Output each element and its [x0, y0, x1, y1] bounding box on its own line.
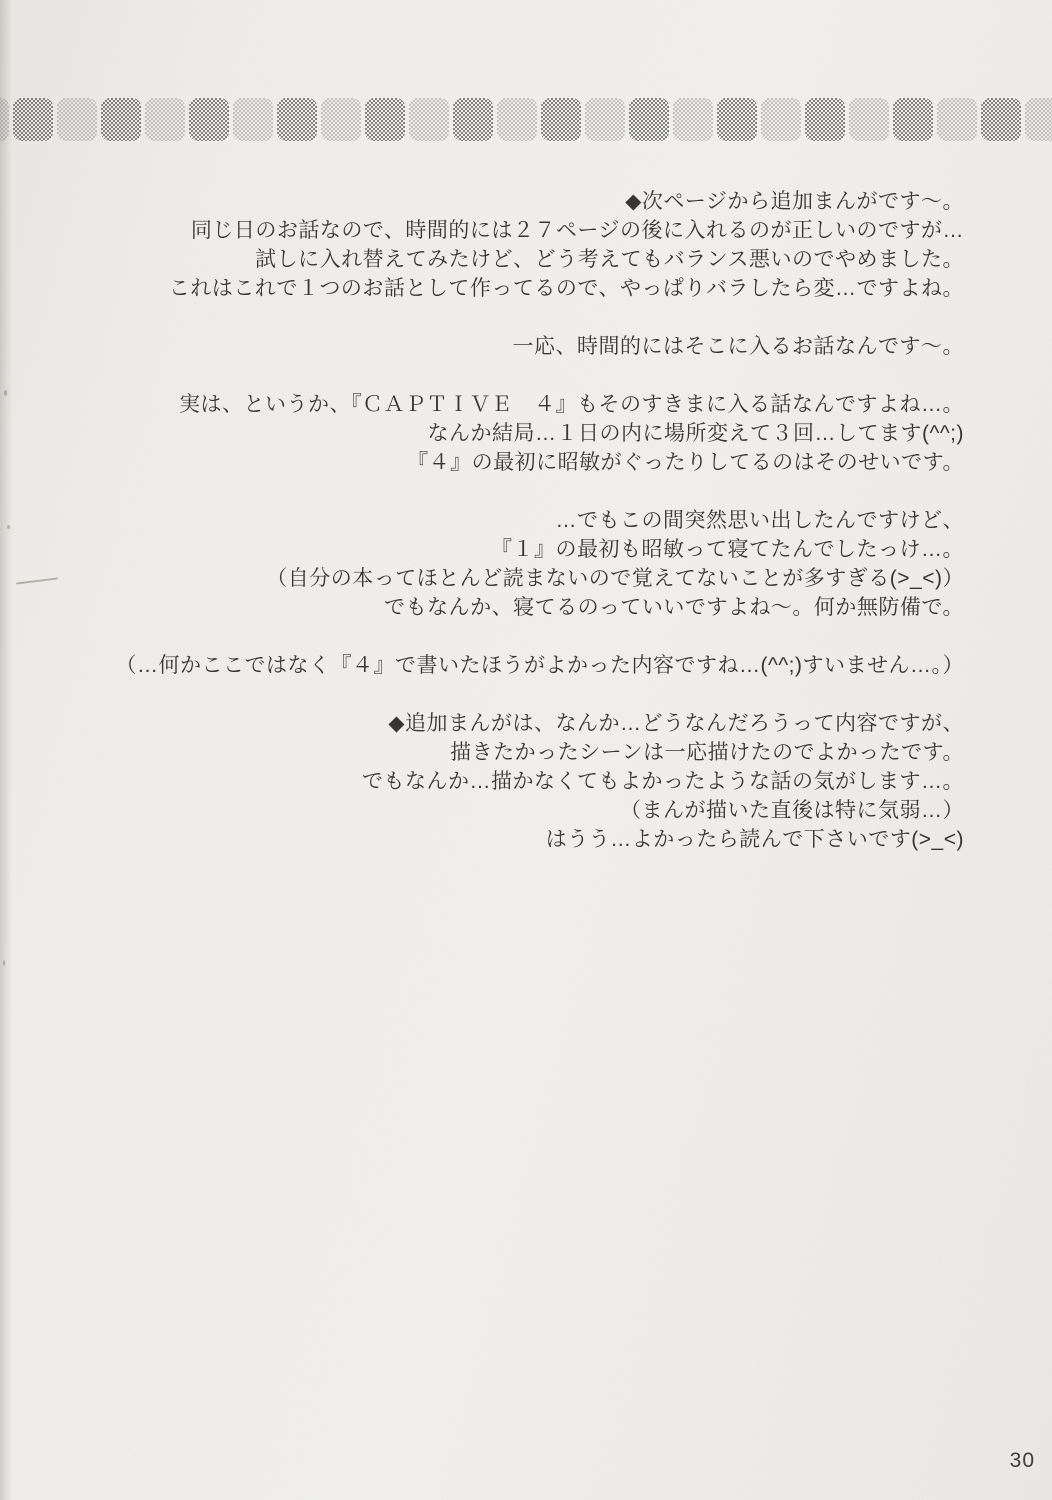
halftone-square: [717, 98, 757, 141]
afterword-line: （自分の本ってほとんど読まないので覚えてないことが多すぎる(>_<)）: [60, 564, 964, 593]
afterword-line: でもなんか…描かなくてもよかったような話の気がします…。: [60, 767, 964, 796]
scan-speck: [4, 390, 7, 396]
halftone-square: [321, 98, 361, 141]
scan-speck: [3, 960, 5, 966]
scanned-page: ◆次ページから追加まんがです～。同じ日のお話なので、時間的には２７ページの後に入…: [0, 0, 1052, 1500]
afterword-line: でもなんか、寝てるのっていいですよね～。何か無防備で。: [60, 593, 964, 622]
afterword-line: （まんが描いた直後は特に気弱…）: [60, 796, 964, 825]
afterword-paragraph: 実は、というか、『ＣＡＰＴＩＶＥ ４』もそのすきまに入る話なんですよね…。なんか…: [60, 390, 964, 477]
afterword-line: 一応、時間的にはそこに入るお話なんです～。: [60, 332, 964, 361]
afterword-line: ◆次ページから追加まんがです～。: [60, 187, 964, 216]
halftone-border: [0, 98, 1052, 141]
afterword-paragraph: 一応、時間的にはそこに入るお話なんです～。: [60, 332, 964, 361]
page-number: 30: [1010, 1449, 1035, 1473]
halftone-square: [673, 98, 713, 141]
afterword-line: （…何かここではなく『４』で書いたほうがよかった内容ですね…(^^;)すいません…: [60, 651, 964, 680]
afterword-line: 試しに入れ替えてみたけど、どう考えてもバランス悪いのでやめました。: [60, 245, 964, 274]
halftone-square: [189, 98, 229, 141]
afterword-line: 『１』の最初も昭敏って寝てたんでしたっけ…。: [60, 535, 964, 564]
afterword-paragraph: ◆次ページから追加まんがです～。同じ日のお話なので、時間的には２７ページの後に入…: [60, 187, 964, 303]
left-edge-shadow: [0, 0, 12, 1500]
afterword-line: 描きたかったシーンは一応描けたのでよかったです。: [60, 738, 964, 767]
halftone-square: [937, 98, 977, 141]
halftone-square: [0, 98, 9, 141]
scan-scratch: [16, 577, 58, 584]
halftone-square: [629, 98, 669, 141]
halftone-square: [981, 98, 1021, 141]
halftone-square: [453, 98, 493, 141]
scan-speck: [7, 525, 10, 529]
afterword-line: …でもこの間突然思い出したんですけど、: [60, 506, 964, 535]
halftone-square: [57, 98, 97, 141]
afterword-line: ◆追加まんがは、なんか…どうなんだろうって内容ですが、: [60, 709, 964, 738]
afterword-paragraph: …でもこの間突然思い出したんですけど、『１』の最初も昭敏って寝てたんでしたっけ……: [60, 506, 964, 622]
afterword-line: はうう…よかったら読んで下さいです(>_<): [60, 825, 964, 854]
halftone-square: [1025, 98, 1052, 141]
halftone-square: [761, 98, 801, 141]
halftone-square: [233, 98, 273, 141]
afterword-line: 『４』の最初に昭敏がぐったりしてるのはそのせいです。: [60, 448, 964, 477]
afterword-line: なんか結局…１日の内に場所変えて３回…してます(^^;): [60, 419, 964, 448]
halftone-square: [277, 98, 317, 141]
halftone-square: [497, 98, 537, 141]
halftone-square: [541, 98, 581, 141]
halftone-square: [409, 98, 449, 141]
afterword-line: これはこれで１つのお話として作ってるので、やっぱりバラしたら変…ですよね。: [60, 274, 964, 303]
afterword-line: 同じ日のお話なので、時間的には２７ページの後に入れるのが正しいのですが…: [60, 216, 964, 245]
afterword-paragraph: （…何かここではなく『４』で書いたほうがよかった内容ですね…(^^;)すいません…: [60, 651, 964, 680]
halftone-square: [13, 98, 53, 141]
halftone-square: [365, 98, 405, 141]
afterword-text: ◆次ページから追加まんがです～。同じ日のお話なので、時間的には２７ページの後に入…: [60, 187, 964, 854]
halftone-square: [849, 98, 889, 141]
halftone-square: [805, 98, 845, 141]
halftone-square: [585, 98, 625, 141]
afterword-paragraph: ◆追加まんがは、なんか…どうなんだろうって内容ですが、描きたかったシーンは一応描…: [60, 709, 964, 854]
halftone-square: [145, 98, 185, 141]
halftone-square: [893, 98, 933, 141]
halftone-square: [101, 98, 141, 141]
afterword-line: 実は、というか、『ＣＡＰＴＩＶＥ ４』もそのすきまに入る話なんですよね…。: [60, 390, 964, 419]
